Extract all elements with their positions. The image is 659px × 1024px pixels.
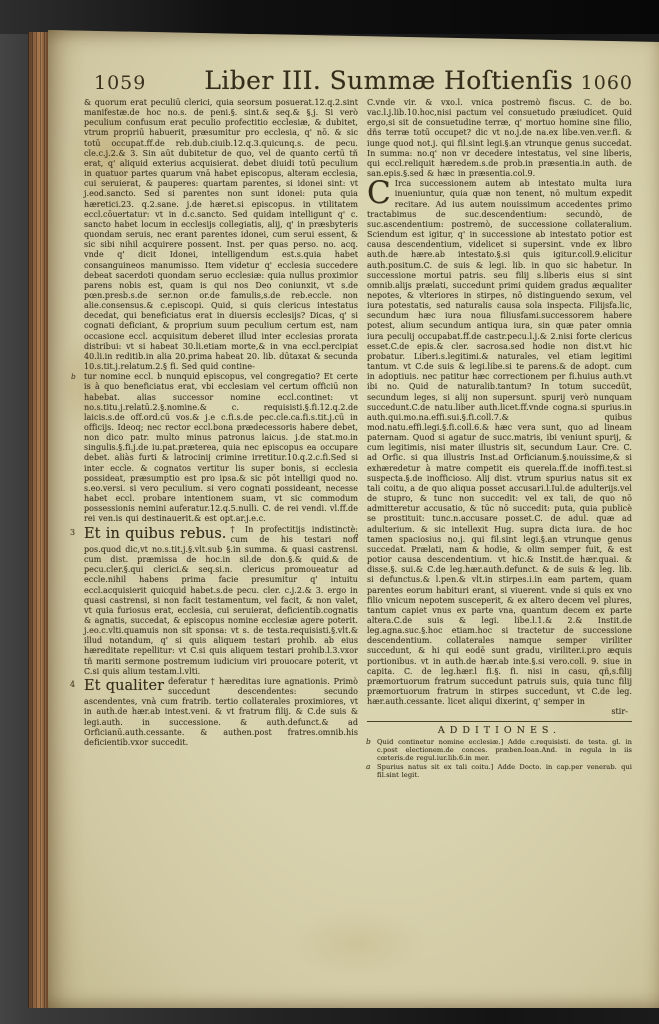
right-paragraph-2-text: Irca successionem autem ab intestato mul… (367, 179, 632, 706)
additiones-section: ADDITIONES. b Quid continetur nomine ecc… (367, 721, 632, 780)
page-stain (288, 908, 428, 978)
section-body: † In profectitijs indistinctè: cum de hi… (84, 525, 358, 676)
section-et-in-quibus-rebus: 3 Et in quibus rebus. † In profectitijs … (84, 525, 358, 677)
book-page: 1059 Liber III. Summæ Hoſtienſis 1060 & … (48, 30, 659, 1008)
left-text-column: & quorum erat peculiū clerici, quia seor… (84, 98, 358, 779)
right-paragraph-1: C.vnde vir. & vxo.l. vnica postremò fisc… (367, 98, 632, 179)
note-text: Spurius natus sit ex tali coitu.] Adde D… (377, 763, 632, 779)
margin-letter-a: a (354, 531, 359, 541)
right-paragraph-1-text: C.vnde vir. & vxo.l. vnica postremò fisc… (367, 98, 632, 178)
note-text: Quid continetur nomine ecclesiæ.] Adde c… (377, 738, 632, 763)
left-paragraph-2-text: tur nomine eccl. b nunquid episcopus, ve… (84, 372, 358, 523)
page-number-left: 1059 (94, 72, 146, 94)
additiones-note: b Quid continetur nomine ecclesiæ.] Adde… (367, 738, 632, 763)
additiones-note: a Spurius natus sit ex tali coitu.] Adde… (367, 763, 632, 780)
section-et-qualiter: 4 Et qualiter deferatur † hæreditas iure… (84, 677, 358, 748)
left-paragraph-2: b tur nomine eccl. b nunquid episcopus, … (84, 372, 358, 524)
margin-number-4: 4 (70, 680, 75, 690)
drop-cap-initial: C (367, 179, 395, 206)
margin-letter-b: b (71, 372, 76, 382)
left-paragraph-1-text: & quorum erat peculiū clerici, quia seor… (84, 98, 358, 371)
catchword: stir- (367, 707, 632, 717)
note-marker-b: b (366, 738, 371, 746)
text-columns: & quorum erat peculiū clerici, quia seor… (84, 98, 632, 779)
section-heading: Et in quibus rebus. (84, 525, 230, 543)
running-header: 1059 Liber III. Summæ Hoſtienſis 1060 (48, 66, 659, 95)
book-page-edges (28, 32, 50, 1008)
right-text-column: C.vnde vir. & vxo.l. vnica postremò fisc… (367, 98, 632, 779)
running-title: Liber III. Summæ Hoſtienſis (204, 66, 573, 95)
additiones-heading: ADDITIONES. (367, 726, 632, 736)
note-marker-a: a (366, 763, 371, 771)
page-number-right: 1060 (581, 72, 633, 94)
photo-background-top (0, 0, 659, 34)
section-heading: Et qualiter (84, 677, 168, 695)
margin-number-3: 3 (70, 528, 75, 538)
left-paragraph-1: & quorum erat peculiū clerici, quia seor… (84, 98, 358, 372)
right-paragraph-2: a C Irca successionem autem ab intestato… (367, 179, 632, 707)
